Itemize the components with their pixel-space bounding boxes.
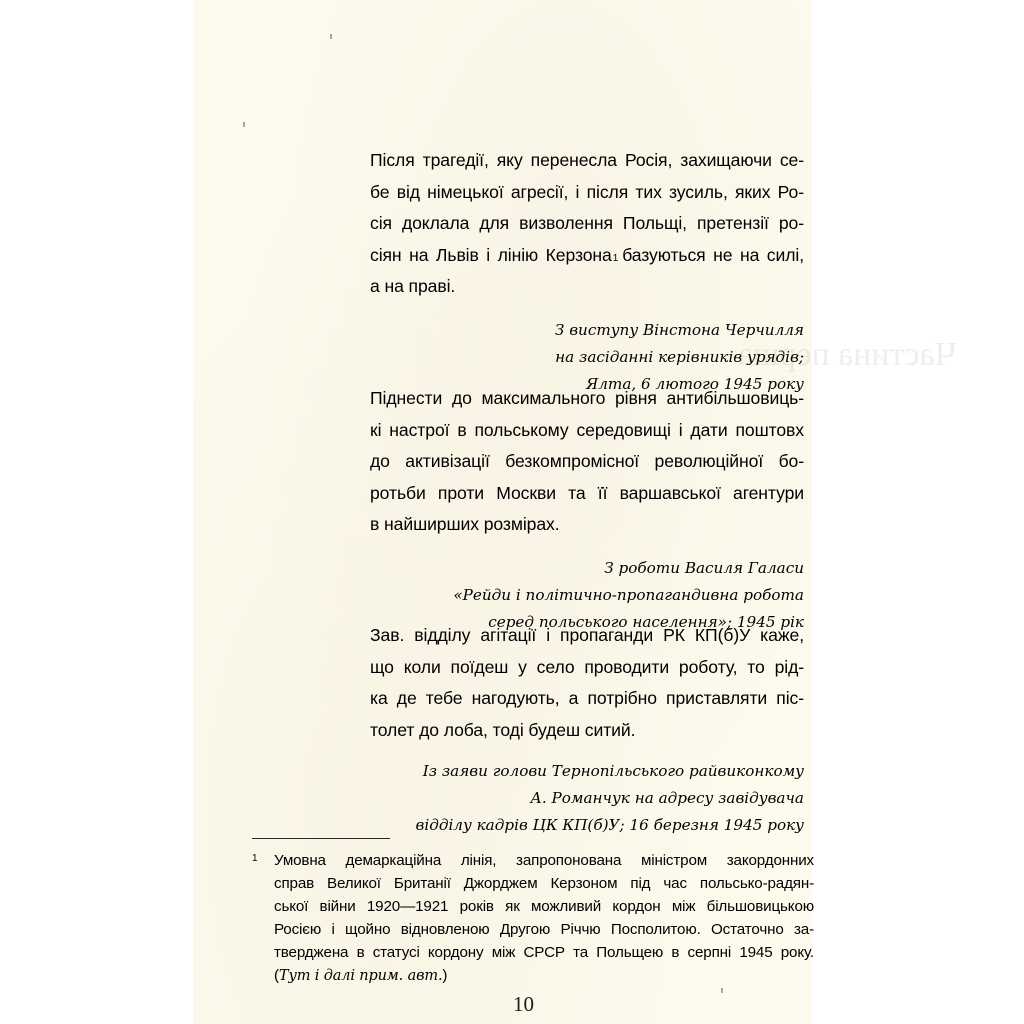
quote-text: базуються не на силі, bbox=[622, 245, 804, 265]
quote-line: а на праві. bbox=[370, 271, 804, 303]
quote-line-with-footnote: сіян на Львів і лінію Керзона1базуються … bbox=[370, 240, 804, 272]
scan-speck bbox=[721, 988, 723, 993]
footnote-marker: 1 bbox=[252, 847, 257, 870]
epigraph-attribution: Із заяви голови Тернопільського райвикон… bbox=[370, 758, 804, 839]
epigraph-halasa: Піднести до максимального рівня антибіль… bbox=[370, 383, 804, 636]
quote-line: Після трагедії, яку перенесла Росія, зах… bbox=[370, 145, 804, 177]
page-number: 10 bbox=[513, 992, 534, 1017]
author-note-italic: Тут і далі прим. авт. bbox=[279, 968, 443, 984]
epigraph-quote: Після трагедії, яку перенесла Росія, зах… bbox=[370, 145, 804, 303]
attribution-line: відділу кадрів ЦК КП(б)У; 16 березня 194… bbox=[370, 812, 804, 839]
footnote-line: тверджена в статусі кордону між СРСР та … bbox=[274, 941, 814, 964]
quote-line: ротьби проти Москви та її варшавської аг… bbox=[370, 478, 804, 510]
quote-line: в найширших розмірах. bbox=[370, 509, 804, 541]
epigraph-quote: Піднести до максимального рівня антибіль… bbox=[370, 383, 804, 541]
attribution-line: З роботи Василя Галаси bbox=[370, 555, 804, 582]
epigraph-churchill: Після трагедії, яку перенесла Росія, зах… bbox=[370, 145, 804, 398]
epigraph-romanchuk: Зав. відділу агітації і пропаганди РК КП… bbox=[370, 620, 804, 839]
quote-line: бе від німецької агресії, і після тих зу… bbox=[370, 177, 804, 209]
footnote-line: ської війни 1920—1921 років як можливий … bbox=[274, 895, 814, 918]
quote-text: сіян на Львів і лінію Керзона bbox=[370, 245, 612, 265]
footnote-line: Росією і щойно відновленою Другою Річчю … bbox=[274, 918, 814, 941]
scan-speck bbox=[243, 122, 245, 127]
paren-close: ) bbox=[442, 967, 447, 984]
footnote-1: 1 Умовна демаркаційна лінія, запропонова… bbox=[252, 849, 812, 988]
quote-line: толет до лоба, тоді будеш ситий. bbox=[370, 715, 804, 747]
attribution-line: на засіданні керівників урядів; bbox=[370, 344, 804, 371]
quote-line: що коли поїдеш у село проводити роботу, … bbox=[370, 652, 804, 684]
footnote-reference[interactable]: 1 bbox=[613, 253, 618, 264]
attribution-line: З виступу Вінстона Черчилля bbox=[370, 317, 804, 344]
footnote-line: справ Великої Британії Джорджем Керзоном… bbox=[274, 872, 814, 895]
footnote-author-note: (Тут і далі прим. авт.) bbox=[274, 964, 814, 988]
quote-line: Піднести до максимального рівня антибіль… bbox=[370, 383, 804, 415]
quote-line: кі настрої в польському середовищі і дат… bbox=[370, 415, 804, 447]
footnote-line: Умовна демаркаційна лінія, запропонована… bbox=[274, 849, 814, 872]
quote-line: до активізації безкомпромісної революцій… bbox=[370, 446, 804, 478]
scan-speck bbox=[330, 34, 332, 39]
quote-line: Зав. відділу агітації і пропаганди РК КП… bbox=[370, 620, 804, 652]
quote-line: ка де тебе нагодують, а потрібно пристав… bbox=[370, 683, 804, 715]
footnote-body: Умовна демаркаційна лінія, запропонована… bbox=[274, 849, 814, 988]
epigraph-quote: Зав. відділу агітації і пропаганди РК КП… bbox=[370, 620, 804, 746]
attribution-line: А. Романчук на адресу завідувача bbox=[370, 785, 804, 812]
attribution-line: «Рейди і політично-пропагандивна робота bbox=[370, 582, 804, 609]
footnote-divider bbox=[252, 838, 390, 839]
quote-line: сія доклала для визволення Польщі, прете… bbox=[370, 208, 804, 240]
attribution-line: Із заяви голови Тернопільського райвикон… bbox=[370, 758, 804, 785]
